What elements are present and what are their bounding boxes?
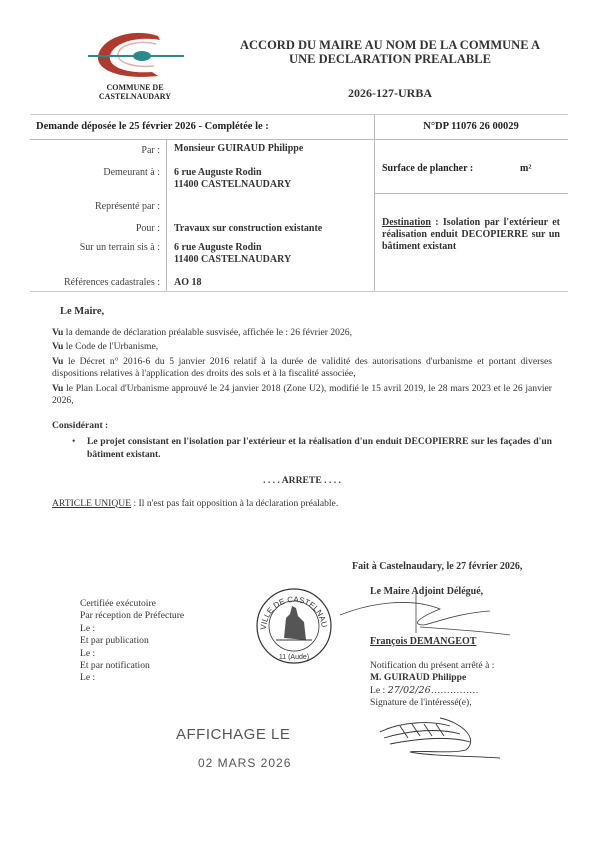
label-pour: Pour : [30, 223, 160, 234]
vu-text: le Décret n° 2016-6 du 5 janvier 2016 re… [52, 356, 552, 380]
notified-person: M. GUIRAUD Philippe [370, 672, 494, 684]
vu-item: Vu le Décret n° 2016-6 du 5 janvier 2016… [52, 356, 552, 381]
seal-text-bottom: 11 (Aude) [279, 654, 309, 661]
fait-a: Fait à Castelnaudary, le 27 février 2026… [352, 561, 522, 574]
mayor-signature-icon [320, 585, 520, 640]
deposit-date-header: Demande déposée le 25 février 2026 - Com… [36, 121, 269, 132]
terrain-line-1: 6 rue Auguste Rodin [174, 242, 291, 254]
certification-line: Par réception de Préfecture [80, 610, 184, 622]
vu-text: la demande de déclaration préalable susv… [63, 327, 352, 338]
table-divider [374, 193, 568, 194]
document-title: ACCORD DU MAIRE AU NOM DE LA COMMUNE A U… [210, 38, 570, 66]
value-par: Monsieur GUIRAUD Philippe [174, 143, 303, 155]
certification-line: Le : [80, 672, 184, 684]
logo-text-town: CASTELNAUDARY [80, 92, 190, 101]
vu-lead: Vu [52, 341, 63, 352]
le-maire: Le Maire, [60, 306, 552, 319]
label-terrain: Sur un terrain sis à : [30, 242, 160, 253]
label-represente: Représenté par : [30, 201, 160, 212]
article-unique: ARTICLE UNIQUE : Il n'est pas fait oppos… [52, 498, 552, 511]
address-line-1: 6 rue Auguste Rodin [174, 167, 291, 179]
bullet-icon: • [72, 436, 75, 449]
destination-label: Destination [382, 217, 431, 228]
vu-lead: Vu [52, 356, 63, 367]
considerant-text: Le projet consistant en l'isolation par … [87, 436, 552, 461]
table-divider [374, 115, 375, 291]
value-terrain: 6 rue Auguste Rodin 11400 CASTELNAUDARY [174, 242, 291, 266]
handwritten-date: 27/02/26 [388, 685, 431, 696]
certification-line: Certifiée exécutoire [80, 598, 184, 610]
value-cadastre: AO 18 [174, 277, 202, 289]
terrain-line-2: 11400 CASTELNAUDARY [174, 254, 291, 266]
logo-text-commune: COMMUNE DE [80, 83, 190, 92]
vu-text: le Code de l'Urbanisme, [63, 341, 158, 352]
surface-unit: m² [520, 163, 531, 174]
town-seal: VILLE DE CASTELNAUDARY 11 (Aude) [254, 586, 334, 666]
dotted-line: …………… [431, 685, 479, 696]
address-line-2: 11400 CASTELNAUDARY [174, 179, 291, 191]
vu-text: le Plan Local d'Urbanisme approuvé le 24… [52, 383, 552, 407]
certification-line: Le : [80, 623, 184, 635]
value-demeurant: 6 rue Auguste Rodin 11400 CASTELNAUDARY [174, 167, 291, 191]
commune-logo: COMMUNE DE CASTELNAUDARY [80, 28, 190, 104]
vu-item: Vu la demande de déclaration préalable s… [52, 327, 552, 340]
notification-block: Notification du présent arrêté à : M. GU… [370, 660, 494, 710]
certification-line: Le : [80, 648, 184, 660]
title-line-1: ACCORD DU MAIRE AU NOM DE LA COMMUNE A [210, 38, 570, 52]
table-divider [166, 139, 167, 291]
destination-block: Destination : Isolation par l'extérieur … [382, 217, 560, 253]
certification-block: Certifiée exécutoire Par réception de Pr… [80, 598, 184, 685]
interested-party-signature-icon [370, 712, 510, 762]
vu-item: Vu le Plan Local d'Urbanisme approuvé le… [52, 383, 552, 408]
label-par: Par : [30, 145, 160, 156]
table-divider [30, 139, 568, 140]
notification-date-line: Le : 27/02/26…………… [370, 685, 494, 697]
seal-stamp-icon: VILLE DE CASTELNAUDARY 11 (Aude) [254, 586, 334, 666]
article-text: : Il n'est pas fait opposition à la décl… [131, 498, 338, 509]
arrete-heading: . . . . ARRETE . . . . [52, 475, 552, 488]
le-label: Le : [370, 685, 388, 696]
article-label: ARTICLE UNIQUE [52, 498, 131, 509]
label-demeurant: Demeurant à : [30, 167, 160, 178]
surface-label: Surface de plancher : [382, 163, 473, 174]
considerant-label: Considérant : [52, 420, 552, 433]
value-pour: Travaux sur construction existante [174, 223, 322, 235]
reference-number: 2026-127-URBA [210, 86, 570, 101]
certification-line: Et par publication [80, 635, 184, 647]
affichage-stamp-date: 02 MARS 2026 [198, 756, 291, 770]
label-cadastre: Références cadastrales : [30, 277, 160, 288]
application-table: Demande déposée le 25 février 2026 - Com… [30, 114, 568, 292]
certification-line: Et par notification [80, 660, 184, 672]
considerant-item: • Le projet consistant en l'isolation pa… [52, 436, 552, 461]
title-line-2: UNE DECLARATION PREALABLE [210, 52, 570, 66]
decision-body: Le Maire, Vu la demande de déclaration p… [52, 306, 552, 512]
signature-label: Signature de l'intéressé(e), [370, 697, 494, 709]
affichage-stamp-label: AFFICHAGE LE [176, 726, 290, 743]
notification-heading: Notification du présent arrêté à : [370, 660, 494, 672]
vu-lead: Vu [52, 327, 63, 338]
dp-number: N°DP 11076 26 00029 [374, 121, 568, 132]
vu-item: Vu le Code de l'Urbanisme, [52, 341, 552, 354]
castelnaudary-logo-icon [80, 28, 190, 82]
vu-lead: Vu [52, 383, 63, 394]
